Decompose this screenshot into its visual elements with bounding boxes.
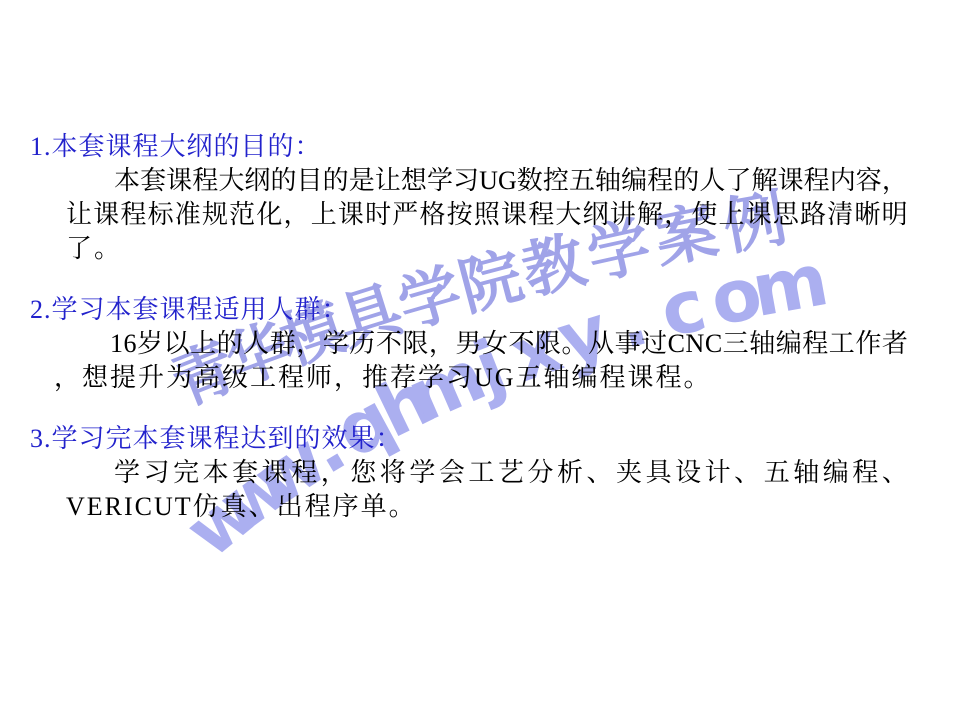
body-line: 了。 bbox=[66, 232, 908, 266]
section-audience: 2.学习本套课程适用人群： 16岁以上的人群，学历不限，男女不限。从事过CNC三… bbox=[30, 293, 908, 395]
section-1-heading: 1.本套课程大纲的目的： bbox=[30, 130, 908, 164]
section-2-heading: 2.学习本套课程适用人群： bbox=[30, 293, 908, 327]
body-line: 让课程标准规范化，上课时严格按照课程大纲讲解，使上课思路清晰明 bbox=[66, 198, 908, 232]
section-1-body: 本套课程大纲的目的是让想学习UG数控五轴编程的人了解课程内容， 让课程标准规范化… bbox=[66, 164, 908, 266]
section-outcome: 3.学习完本套课程达到的效果： 学习完本套课程，您将学会工艺分析、夹具设计、五轴… bbox=[30, 422, 908, 524]
section-purpose: 1.本套课程大纲的目的： 本套课程大纲的目的是让想学习UG数控五轴编程的人了解课… bbox=[30, 130, 908, 266]
section-2-body: 16岁以上的人群，学历不限，男女不限。从事过CNC三轴编程工作者 ，想提升为高级… bbox=[66, 327, 908, 395]
section-3-heading: 3.学习完本套课程达到的效果： bbox=[30, 422, 908, 456]
body-line: 学习完本套课程，您将学会工艺分析、夹具设计、五轴编程、 bbox=[66, 456, 908, 490]
slide: 青华模具学院教学案例 www.qhmjxy.com 1.本套课程大纲的目的： 本… bbox=[0, 0, 960, 720]
body-line: VERICUT仿真、出程序单。 bbox=[66, 490, 908, 524]
body-line: ，想提升为高级工程师，推荐学习UG五轴编程课程。 bbox=[54, 361, 908, 395]
section-3-body: 学习完本套课程，您将学会工艺分析、夹具设计、五轴编程、 VERICUT仿真、出程… bbox=[66, 456, 908, 524]
body-line: 16岁以上的人群，学历不限，男女不限。从事过CNC三轴编程工作者 bbox=[66, 327, 908, 361]
slide-content: 1.本套课程大纲的目的： 本套课程大纲的目的是让想学习UG数控五轴编程的人了解课… bbox=[30, 130, 908, 524]
body-line: 本套课程大纲的目的是让想学习UG数控五轴编程的人了解课程内容， bbox=[66, 164, 908, 198]
